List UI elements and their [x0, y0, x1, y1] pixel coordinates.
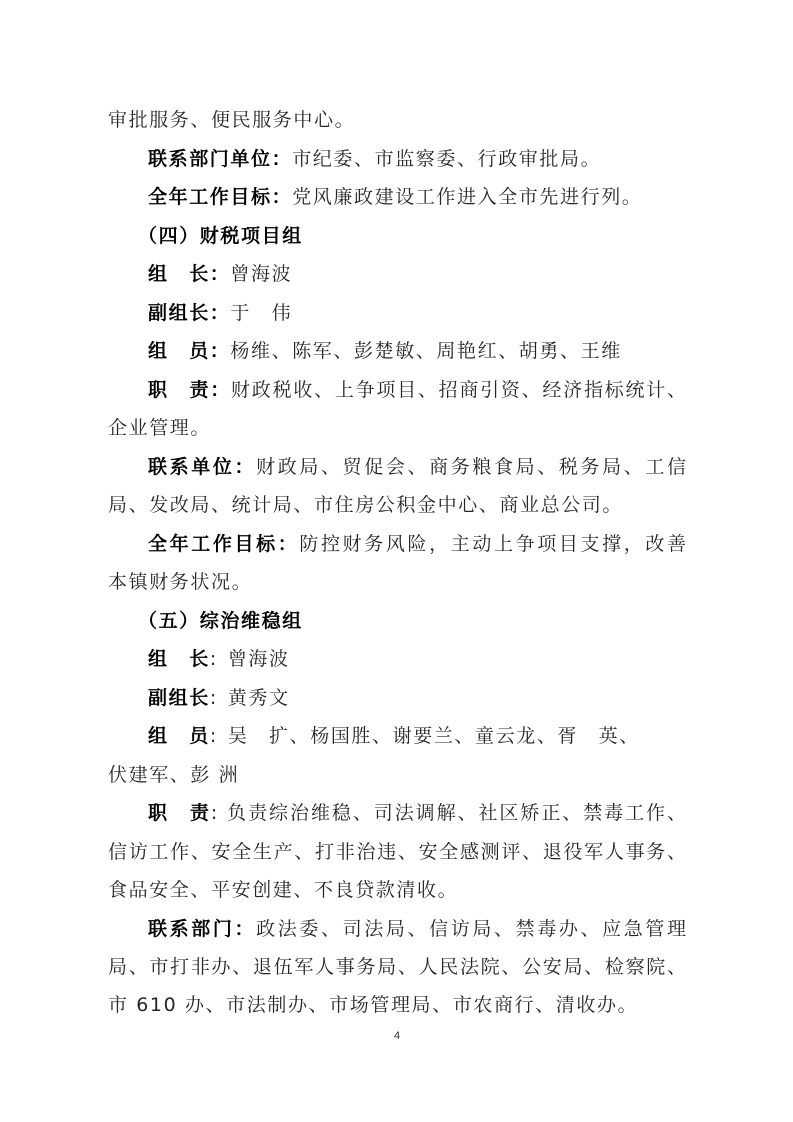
- paragraph-line: 信访工作、安全生产、打非治违、安全感测评、退役军人事务、: [108, 833, 686, 871]
- members-value-continued: 伏建军、彭 洲: [108, 764, 239, 786]
- contact-units-label: 联系单位：: [148, 456, 256, 478]
- duties-value-continued: 食品安全、平安创建、不良贷款清收。: [108, 879, 458, 901]
- page-number: 4: [389, 1030, 405, 1042]
- contact-units-value: 财政局、贸促会、商务粮食局、税务局、工信: [256, 456, 686, 478]
- group-leader-value: 曾海波: [228, 648, 290, 670]
- deputy-leader-label: 副组长：: [148, 302, 230, 324]
- annual-goal-value-continued: 本镇财务状况。: [108, 571, 252, 593]
- document-page: 审批服务、便民服务中心。 联系部门单位：市纪委、市监察委、行政审批局。 全年工作…: [0, 0, 793, 1122]
- annual-goal-value: 防控财务风险，主动上争项目支撑，改善: [299, 533, 686, 555]
- annual-goal-line: 全年工作目标：党风廉政建设工作进入全市先进行列。: [148, 178, 686, 216]
- colon: :: [210, 687, 218, 709]
- deputy-leader-line: 副组长：于 伟: [148, 294, 686, 332]
- paragraph-line: 伏建军、彭 洲: [108, 756, 686, 794]
- colon: :: [210, 725, 218, 747]
- paragraph-line: 审批服务、便民服务中心。: [108, 101, 686, 139]
- contact-units-value: 市纪委、市监察委、行政审批局。: [292, 148, 601, 170]
- duties-label: 职 责：: [148, 379, 231, 401]
- duties-value-continued: 企业管理。: [108, 417, 211, 439]
- section-5-heading: （五）综治维稳组: [138, 610, 303, 632]
- paragraph-line: 本镇财务状况。: [108, 563, 686, 601]
- paragraph-line: 局、市打非办、退伍军人事务局、人民法院、公安局、检察院、: [108, 948, 686, 986]
- colon: :: [211, 802, 217, 824]
- deputy-leader-value: 黄秀文: [228, 687, 290, 709]
- deputy-leader-value: 于 伟: [230, 302, 292, 324]
- group-leader-line: 组 长:曾海波: [148, 640, 686, 678]
- contact-units-line: 联系部门单位：市纪委、市监察委、行政审批局。: [148, 140, 686, 178]
- body-text: 审批服务、便民服务中心。: [108, 109, 355, 131]
- paragraph-line: 市 610 办、市法制办、市场管理局、市农商行、清收办。: [108, 986, 686, 1024]
- members-line: 组 员:吴 扩、杨国胜、谢要兰、童云龙、胥 英、: [148, 717, 686, 755]
- deputy-leader-line: 副组长:黄秀文: [148, 679, 686, 717]
- paragraph-line: 食品安全、平安创建、不良贷款清收。: [108, 871, 686, 909]
- contact-units-line: 联系单位：财政局、贸促会、商务粮食局、税务局、工信: [148, 448, 686, 486]
- contact-departments-label: 联系部门：: [148, 918, 256, 940]
- duties-value: 财政税收、上争项目、招商引资、经济指标统计、: [231, 379, 686, 401]
- deputy-leader-label: 副组长: [148, 687, 210, 709]
- group-leader-label: 组 长: [148, 648, 210, 670]
- members-label: 组 员: [148, 725, 210, 747]
- paragraph-line: 企业管理。: [108, 409, 686, 447]
- duties-value-continued: 信访工作、安全生产、打非治违、安全感测评、退役军人事务、: [108, 841, 686, 863]
- contact-units-label: 联系部门单位：: [148, 148, 292, 170]
- contact-units-value-continued: 局、发改局、统计局、市住房公积金中心、商业总公司。: [108, 494, 623, 516]
- section-heading: （五）综治维稳组: [138, 602, 716, 640]
- colon: :: [210, 648, 218, 670]
- members-value: 吴 扩、杨国胜、谢要兰、童云龙、胥 英、: [228, 725, 640, 747]
- members-value: 杨维、陈军、彭楚敏、周艳红、胡勇、王维: [230, 340, 621, 362]
- duties-line: 职 责：财政税收、上争项目、招商引资、经济指标统计、: [148, 371, 686, 409]
- annual-goal-line: 全年工作目标：防控财务风险，主动上争项目支撑，改善: [148, 525, 686, 563]
- paragraph-line: 局、发改局、统计局、市住房公积金中心、商业总公司。: [108, 486, 686, 524]
- duties-label: 职 责: [148, 802, 211, 824]
- group-leader-value: 曾海波: [230, 263, 292, 285]
- section-4-heading: （四）财税项目组: [138, 225, 303, 247]
- contact-departments-value-continued: 市 610 办、市法制办、市场管理局、市农商行、清收办。: [108, 994, 638, 1016]
- section-heading: （四）财税项目组: [138, 217, 716, 255]
- annual-goal-label: 全年工作目标：: [148, 533, 299, 555]
- members-label: 组 员：: [148, 340, 230, 362]
- members-line: 组 员：杨维、陈军、彭楚敏、周艳红、胡勇、王维: [148, 332, 686, 370]
- group-leader-label: 组 长：: [148, 263, 230, 285]
- duties-line: 职 责:负责综治维稳、司法调解、社区矫正、禁毒工作、: [148, 794, 686, 832]
- group-leader-line: 组 长：曾海波: [148, 255, 686, 293]
- annual-goal-value: 党风廉政建设工作进入全市先进行列。: [292, 186, 642, 208]
- contact-departments-line: 联系部门：政法委、司法局、信访局、禁毒办、应急管理: [148, 910, 686, 948]
- annual-goal-label: 全年工作目标：: [148, 186, 292, 208]
- contact-departments-value: 政法委、司法局、信访局、禁毒办、应急管理: [256, 918, 686, 940]
- contact-departments-value-continued: 局、市打非办、退伍军人事务局、人民法院、公安局、检察院、: [108, 956, 686, 978]
- duties-value: 负责综治维稳、司法调解、社区矫正、禁毒工作、: [225, 802, 686, 824]
